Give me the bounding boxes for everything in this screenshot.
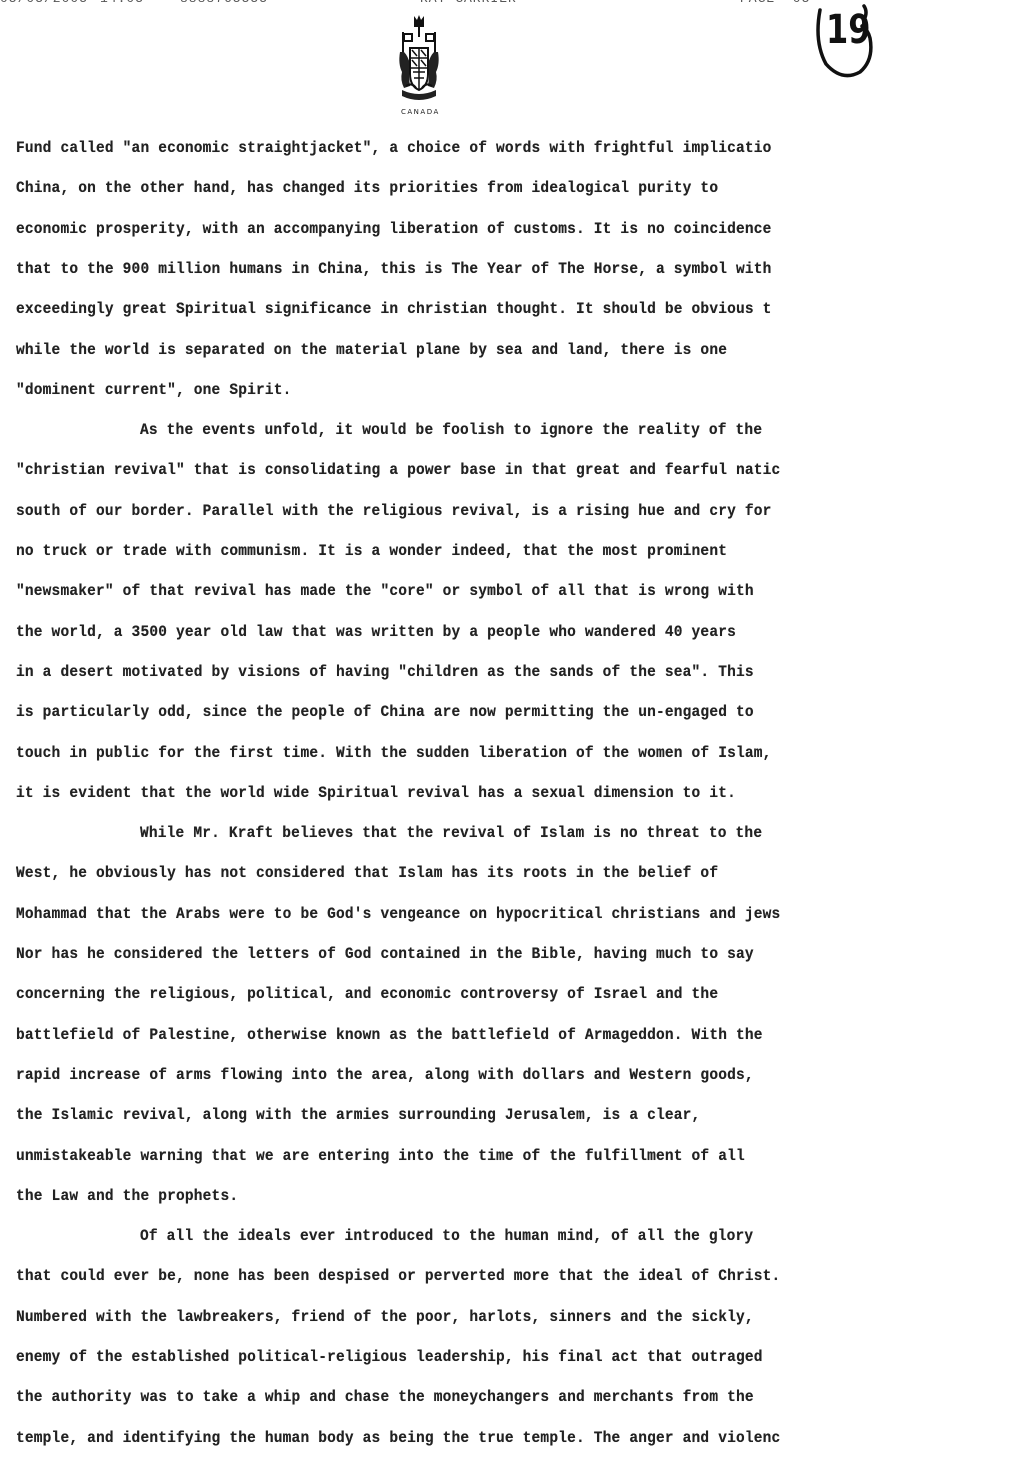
text-line: concerning the religious, political, and… [16, 984, 718, 1004]
text-line: that could ever be, none has been despis… [16, 1266, 780, 1286]
text-line: Nor has he considered the letters of God… [16, 944, 754, 964]
text-line: touch in public for the first time. With… [16, 743, 772, 763]
text-line: economic prosperity, with an accompanyin… [16, 219, 772, 239]
text-line: Numbered with the lawbreakers, friend of… [16, 1307, 754, 1327]
page-mark-number: 19 [826, 10, 871, 50]
text-line: unmistakeable warning that we are enteri… [16, 1146, 745, 1166]
text-line: enemy of the established political-relig… [16, 1347, 763, 1367]
text-line: rapid increase of arms flowing into the … [16, 1065, 754, 1085]
text-line: while the world is separated on the mate… [16, 340, 727, 360]
text-line: that to the 900 million humans in China,… [16, 259, 772, 279]
fax-time: 14:05 [100, 0, 144, 6]
text-line: Fund called "an economic straightjacket"… [16, 138, 772, 158]
fax-sender: RAY GARRIER [420, 0, 517, 6]
text-line: in a desert motivated by visions of havi… [16, 662, 754, 682]
crest-label: CANADA [401, 108, 461, 116]
text-line: the Islamic revival, along with the armi… [16, 1105, 700, 1125]
text-line: battlefield of Palestine, otherwise know… [16, 1025, 763, 1045]
text-line: Of all the ideals ever introduced to the… [140, 1226, 753, 1246]
canada-coat-of-arms-icon [398, 14, 440, 102]
text-line: "newsmaker" of that revival has made the… [16, 581, 754, 601]
fax-number: 8888765555 [180, 0, 268, 6]
fax-date: 05/05/2005 [0, 0, 88, 6]
fax-page: PAGE 05 [740, 0, 810, 6]
text-line: "christian revival" that is consolidatin… [16, 460, 780, 480]
text-line: While Mr. Kraft believes that the reviva… [140, 823, 762, 843]
text-line: exceedingly great Spiritual significance… [16, 299, 772, 319]
text-line: China, on the other hand, has changed it… [16, 178, 718, 198]
text-line: no truck or trade with communism. It is … [16, 541, 727, 561]
text-line: the world, a 3500 year old law that was … [16, 622, 736, 642]
text-line: the Law and the prophets. [16, 1186, 238, 1206]
text-line: West, he obviously has not considered th… [16, 863, 718, 883]
text-line: "dominent current", one Spirit. [16, 380, 292, 400]
text-line: south of our border. Parallel with the r… [16, 501, 772, 521]
text-line: As the events unfold, it would be foolis… [140, 420, 762, 440]
text-line: the authority was to take a whip and cha… [16, 1387, 754, 1407]
text-line: it is evident that the world wide Spirit… [16, 783, 736, 803]
text-line: is particularly odd, since the people of… [16, 702, 754, 722]
text-line: Mohammad that the Arabs were to be God's… [16, 904, 780, 924]
text-line: temple, and identifying the human body a… [16, 1428, 780, 1448]
